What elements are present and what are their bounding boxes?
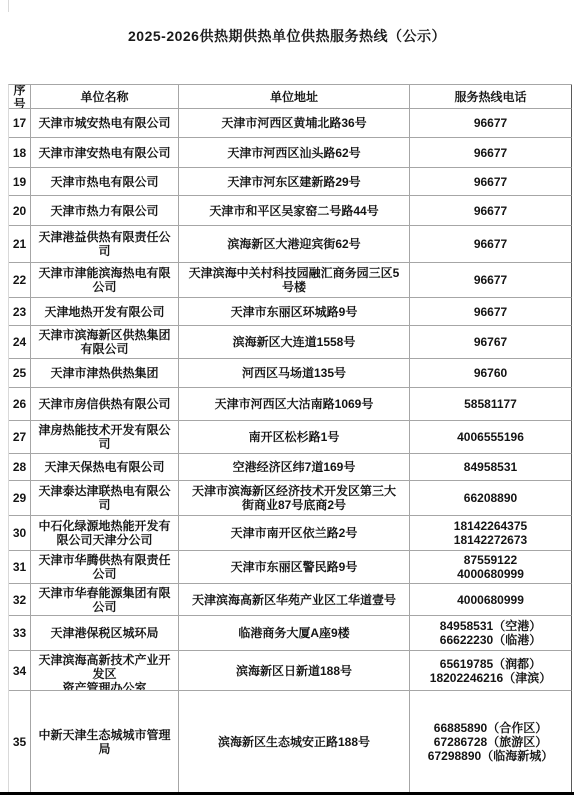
- cell-unit-name: 天津市热电有限公司: [31, 168, 179, 196]
- cell-row-number: 18: [9, 138, 31, 168]
- cell-unit-name: 天津市华春能源集团有限公司: [31, 584, 179, 616]
- cell-unit-name: 天津泰达津联热电有限公司: [31, 481, 179, 516]
- cell-row-number: 29: [9, 481, 31, 516]
- cell-unit-name: 天津市津能滨海热电有限公司: [31, 263, 179, 298]
- cell-hotline-phone: 18142264375 18142272673: [410, 516, 572, 551]
- cell-unit-address: 天津市和平区吴家窑二号路44号: [179, 196, 410, 226]
- cell-row-number: 22: [9, 263, 31, 298]
- cell-unit-address: 滨海新区生态城安正路188号: [179, 691, 410, 794]
- cell-unit-name: 中新天津生态城城市管理局: [31, 691, 179, 794]
- cell-unit-address: 河西区马场道135号: [179, 359, 410, 388]
- cell-unit-address: 临港商务大厦A座9楼: [179, 616, 410, 651]
- cell-row-number: 30: [9, 516, 31, 551]
- cell-unit-address: 天津滨海中关村科技园融汇商务园三区5号楼: [179, 263, 410, 298]
- cell-unit-name: 天津地热开发有限公司: [31, 298, 179, 326]
- column-header: 服务热线电话: [410, 85, 572, 109]
- table-bottom-border: [0, 792, 574, 795]
- cell-hotline-phone: 66885890（合作区） 67286728（旅游区） 67298890（临海新…: [410, 691, 572, 794]
- cell-hotline-phone: 96677: [410, 226, 572, 263]
- cell-row-number: 19: [9, 168, 31, 196]
- cell-unit-address: 天津市滨海新区经济技术开发区第三大街商业87号底商2号: [179, 481, 410, 516]
- cell-unit-address: 滨海新区大连道1558号: [179, 326, 410, 359]
- cell-row-number: 32: [9, 584, 31, 616]
- cell-hotline-phone: 96677: [410, 168, 572, 196]
- cell-row-number: 21: [9, 226, 31, 263]
- cell-unit-name: 津房热能技术开发有限公司: [31, 421, 179, 454]
- cell-hotline-phone: 58581177: [410, 388, 572, 421]
- cell-unit-name: 天津市华腾供热有限责任公司: [31, 551, 179, 584]
- cell-hotline-phone: 96677: [410, 298, 572, 326]
- column-header: 单位名称: [31, 85, 179, 109]
- cell-unit-address: 天津市东丽区警民路9号: [179, 551, 410, 584]
- cell-hotline-phone: 96760: [410, 359, 572, 388]
- cell-unit-name: 天津市津热供热集团: [31, 359, 179, 388]
- cell-hotline-phone: 84958531: [410, 454, 572, 481]
- cell-hotline-phone: 65619785（润都） 18202246216（津滨）: [410, 651, 572, 691]
- cell-row-number: 31: [9, 551, 31, 584]
- cell-unit-name: 天津市城安热电有限公司: [31, 109, 179, 138]
- cell-unit-address: 天津市河西区汕头路62号: [179, 138, 410, 168]
- cell-unit-address: 滨海新区日新道188号: [179, 651, 410, 691]
- cell-hotline-phone: 96677: [410, 263, 572, 298]
- page-title: 2025-2026供热期供热单位供热服务热线（公示）: [0, 26, 574, 46]
- cell-unit-name: 天津市房信供热有限公司: [31, 388, 179, 421]
- cell-row-number: 27: [9, 421, 31, 454]
- cropped-border-remnant: [8, 0, 9, 12]
- cell-hotline-phone: 96677: [410, 138, 572, 168]
- cell-hotline-phone: 84958531（空港） 66622230（临港）: [410, 616, 572, 651]
- cell-row-number: 26: [9, 388, 31, 421]
- cell-unit-address: 天津市河西区黄埔北路36号: [179, 109, 410, 138]
- cell-row-number: 35: [9, 691, 31, 794]
- cell-unit-name: 天津滨海高新技术产业开发区 资产管理办公室: [31, 651, 179, 691]
- cell-row-number: 17: [9, 109, 31, 138]
- cell-hotline-phone: 87559122 4000680999: [410, 551, 572, 584]
- cell-unit-address: 滨海新区大港迎宾街62号: [179, 226, 410, 263]
- cell-unit-address: 天津市河东区建新路29号: [179, 168, 410, 196]
- cell-hotline-phone: 4000680999: [410, 584, 572, 616]
- notice-page: 2025-2026供热期供热单位供热服务热线（公示） 序号单位名称单位地址服务热…: [0, 0, 574, 799]
- cell-row-number: 33: [9, 616, 31, 651]
- cell-hotline-phone: 66208890: [410, 481, 572, 516]
- cell-row-number: 34: [9, 651, 31, 691]
- cell-row-number: 28: [9, 454, 31, 481]
- cell-row-number: 20: [9, 196, 31, 226]
- cell-hotline-phone: 4006555196: [410, 421, 572, 454]
- cell-unit-name: 天津天保热电有限公司: [31, 454, 179, 481]
- cell-hotline-phone: 96767: [410, 326, 572, 359]
- cell-unit-address: 天津滨海高新区华苑产业区工华道壹号: [179, 584, 410, 616]
- cell-unit-address: 天津市东丽区环城路9号: [179, 298, 410, 326]
- cell-hotline-phone: 96677: [410, 196, 572, 226]
- cell-unit-name: 天津港保税区城环局: [31, 616, 179, 651]
- cell-unit-name: 天津市津安热电有限公司: [31, 138, 179, 168]
- cell-hotline-phone: 96677: [410, 109, 572, 138]
- cell-unit-address: 空港经济区纬7道169号: [179, 454, 410, 481]
- cell-unit-name: 天津市热力有限公司: [31, 196, 179, 226]
- hotline-table: 序号单位名称单位地址服务热线电话17天津市城安热电有限公司天津市河西区黄埔北路3…: [8, 84, 572, 794]
- column-header: 序号: [9, 85, 31, 109]
- cell-unit-name: 天津市滨海新区供热集团有限公司: [31, 326, 179, 359]
- cell-row-number: 24: [9, 326, 31, 359]
- cell-unit-address: 天津市南开区依兰路2号: [179, 516, 410, 551]
- cell-row-number: 23: [9, 298, 31, 326]
- cell-unit-name: 天津港益供热有限责任公司: [31, 226, 179, 263]
- cell-row-number: 25: [9, 359, 31, 388]
- column-header: 单位地址: [179, 85, 410, 109]
- cell-unit-address: 南开区松杉路1号: [179, 421, 410, 454]
- cell-unit-name: 中石化绿源地热能开发有限公司天津分公司: [31, 516, 179, 551]
- cell-unit-address: 天津市河西区大沽南路1069号: [179, 388, 410, 421]
